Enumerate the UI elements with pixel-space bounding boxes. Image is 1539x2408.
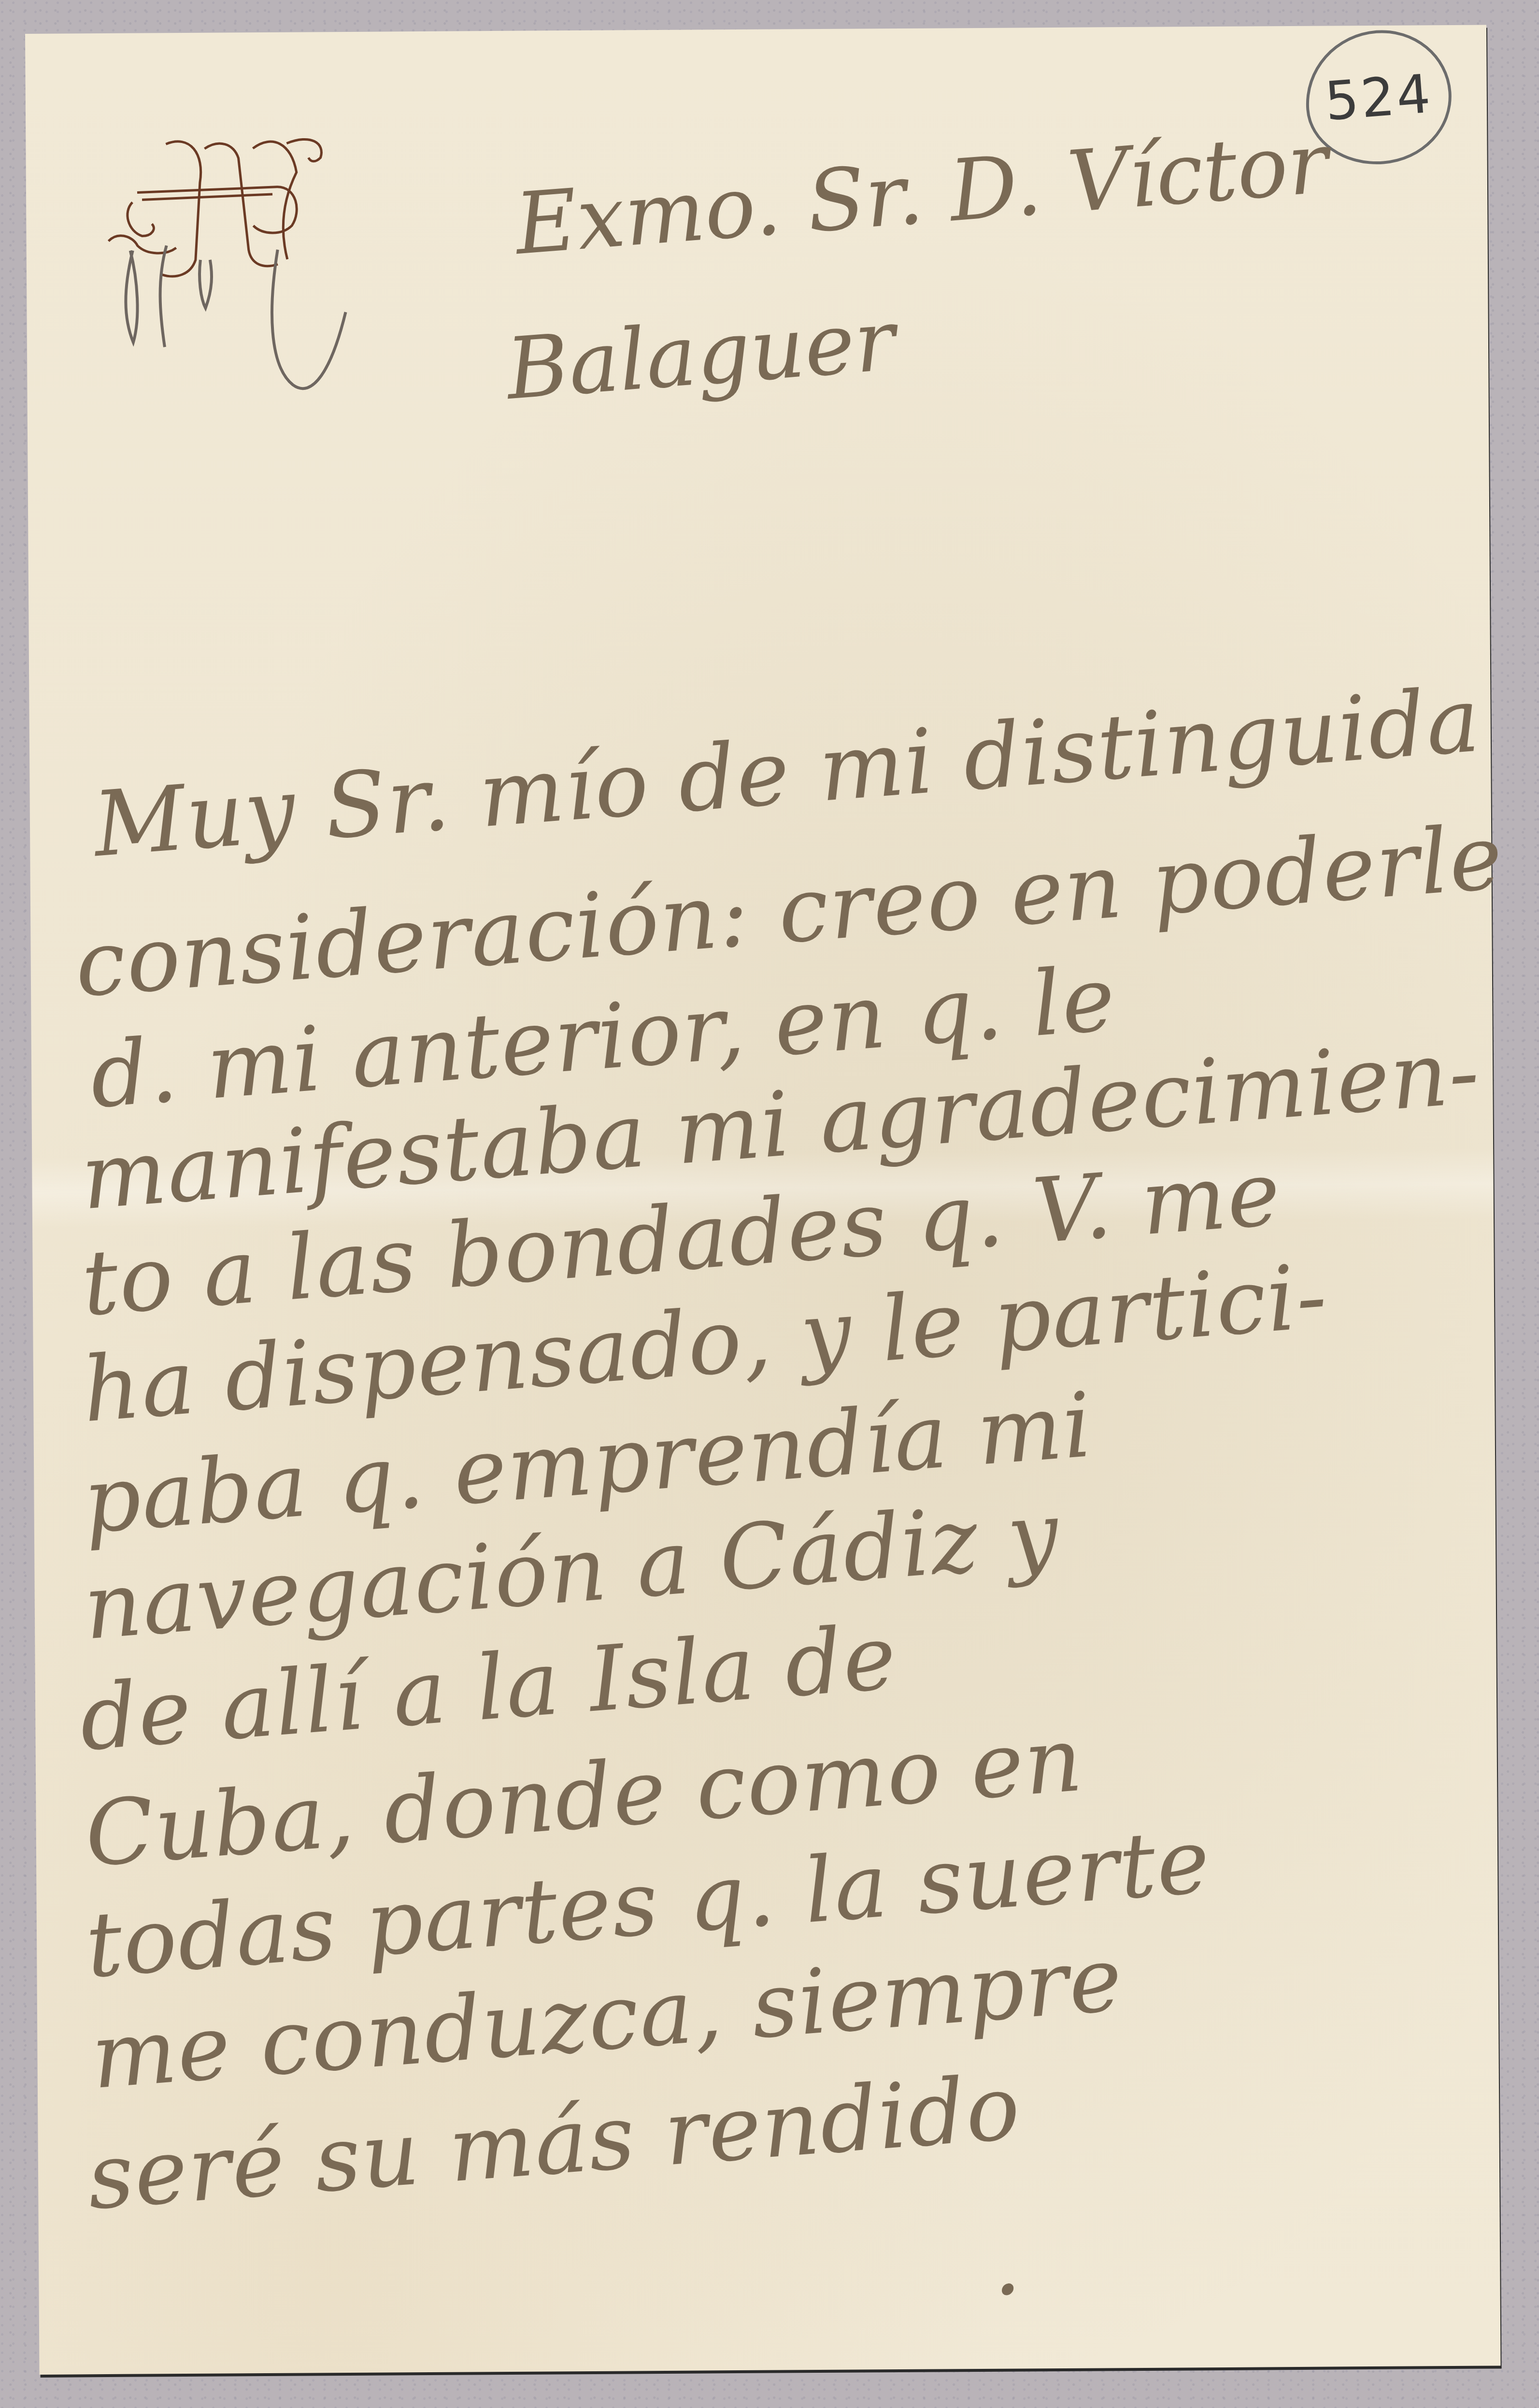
archive-number: 524	[1323, 62, 1434, 132]
addressee-line-2: Balaguer	[503, 291, 898, 418]
addressee-line-1: Exmo. Sr. D. Víctor	[512, 114, 1332, 273]
monogram-icon	[103, 114, 375, 463]
letter-page: 524 Exmo. Sr. D. Víctor Balaguer Muy Sr.…	[25, 25, 1501, 2375]
closing-mark: .	[988, 2210, 1025, 2316]
